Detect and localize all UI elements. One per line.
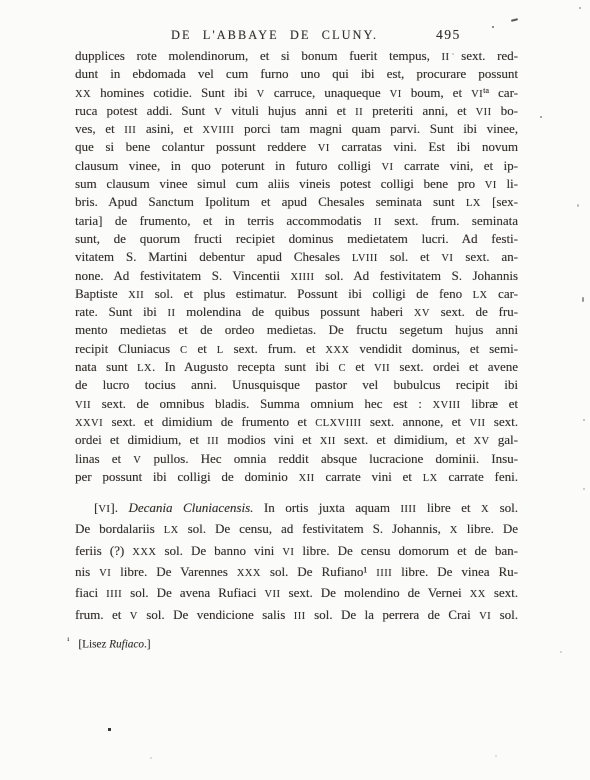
text-line: frum. et V sol. De vendicione salis III … (75, 604, 518, 625)
text-line: VII sext. de omnibus bladis. Summa omniu… (75, 395, 518, 413)
text-line: De bordalariis LX sol. De censu, ad fest… (75, 518, 518, 539)
footnote: ¹[Lisez Rufiaco.] (67, 634, 151, 651)
scan-speckle (108, 728, 111, 731)
scan-speckle (582, 297, 584, 302)
scan-speckle (560, 651, 562, 653)
text-line: Baptiste XII sol. et plus estimatur. Pos… (75, 285, 518, 303)
text-line: nis VI libre. De Varennes XXX sol. De Ru… (75, 561, 518, 582)
body-text: dupplices rote molendinorum, et si bonum… (75, 47, 518, 625)
text-line: XXVI sext. et dimidium de frumento et CL… (75, 413, 518, 431)
header-title: DE L'ABBAYE DE CLUNY. (171, 29, 378, 41)
text-line: de lucro tocius anni. Unusquisque pastor… (75, 376, 518, 394)
scan-speckle (452, 53, 454, 55)
scan-speckle (150, 757, 152, 759)
text-line: [VI]. Decania Cluniacensis. In ortis jux… (75, 497, 518, 518)
text-line: rate. Sunt ibi II molendina de quibus po… (75, 303, 518, 321)
text-line: taria] de frumento, et in terris accommo… (75, 212, 518, 230)
text-line: ruca potest addi. Sunt V vituli hujus an… (75, 102, 518, 120)
text-line: bris. Apud Sanctum Ipolitum et apud Ches… (75, 193, 518, 211)
scan-speckle (577, 204, 579, 207)
text-line: none. Ad festivitatem S. Vincentii XIIII… (75, 267, 518, 285)
scan-speckle (540, 116, 542, 118)
footnote-text: [Lisez Rufiaco.] (78, 638, 150, 650)
scan-speckle (495, 755, 497, 757)
text-line: linas et V pullos. Hec omnia reddit absq… (75, 450, 518, 468)
scan-speckle (583, 419, 585, 421)
text-line: sunt, de quorum fructi recipiet dominus … (75, 230, 518, 248)
text-line: vitatem S. Martini debentur apud Chesale… (75, 248, 518, 266)
text-line: recipit Cluniacus C et L sext. frum. et … (75, 340, 518, 358)
text-line: nata sunt LX. In Augusto recepta sunt ib… (75, 358, 518, 376)
text-line: que si bene colantur possunt reddere VI … (75, 138, 518, 156)
text-line: clausum vinee, in quo poterunt in futuro… (75, 157, 518, 175)
scan-speckle (579, 7, 581, 9)
scan-speckle (492, 26, 494, 28)
footnote-marker: ¹ (67, 636, 69, 645)
paragraph: [VI]. Decania Cluniacensis. In ortis jux… (75, 497, 518, 625)
text-line: dunt in ebdomada vel cum furno uno qui i… (75, 65, 518, 83)
text-line: feriis (?) XXX sol. De banno vini VI lib… (75, 540, 518, 561)
text-line: sum clausum vinee simul cum aliis vineis… (75, 175, 518, 193)
text-line: fiaci IIII sol. De avena Rufiaci VII sex… (75, 582, 518, 603)
text-line: mento medietas et de ordeo medietas. De … (75, 321, 518, 339)
text-line: per possunt ibi colligi de dominio XII c… (75, 468, 518, 486)
text-line: ordei et dimidium, et III modios vini et… (75, 431, 518, 449)
running-header: DE L'ABBAYE DE CLUNY. 495 (0, 0, 590, 46)
text-line: ves, et III asini, et XVIIII porci tam m… (75, 120, 518, 138)
page-number: 495 (436, 28, 461, 41)
scan-speckle (583, 488, 585, 490)
text-line: dupplices rote molendinorum, et si bonum… (75, 47, 518, 65)
paragraph: dupplices rote molendinorum, et si bonum… (75, 47, 518, 486)
text-line: XX homines cotidie. Sunt ibi V carruce, … (75, 84, 518, 102)
book-page: DE L'ABBAYE DE CLUNY. 495 dupplices rote… (0, 0, 590, 780)
